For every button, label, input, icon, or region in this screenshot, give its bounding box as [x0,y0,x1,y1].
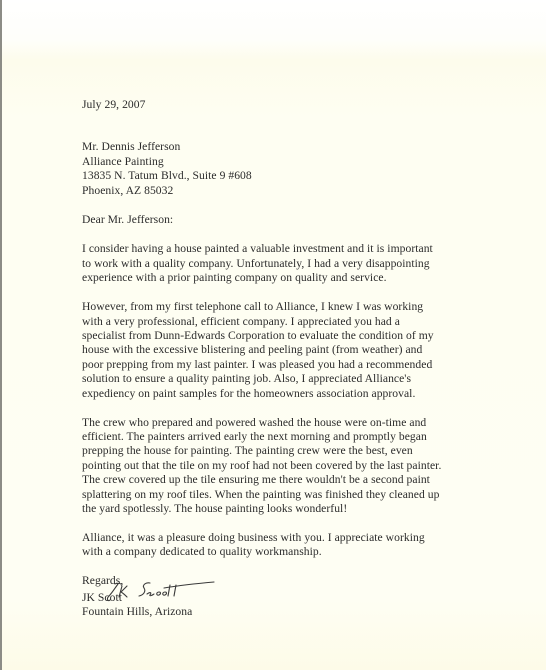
letter-date: July 29, 2007 [82,98,522,112]
paragraph-line: The crew covered up the tile ensuring me… [82,473,522,487]
scan-edge [0,0,2,670]
paragraph-line: experience with a prior painting company… [82,271,522,285]
signature-icon [106,580,216,604]
paragraph-line: prepping the house for painting. The pai… [82,444,522,458]
paragraph-line: to work with a quality company. Unfortun… [82,257,522,271]
signer-location: Fountain Hills, Arizona [82,605,522,619]
letter-body: July 29, 2007 Mr. Dennis Jefferson Allia… [82,98,522,619]
salutation: Dear Mr. Jefferson: [82,213,522,227]
scanned-letter-page: July 29, 2007 Mr. Dennis Jefferson Allia… [0,0,546,670]
paragraph-1: I consider having a house painted a valu… [82,242,522,285]
recipient-name: Mr. Dennis Jefferson [82,140,522,154]
paragraph-4: Alliance, it was a pleasure doing busine… [82,531,522,560]
paragraph-line: pointing out that the tile on my roof ha… [82,459,522,473]
closing-block: Regards, [82,574,522,619]
paragraph-line: poor prepping from my last painter. I wa… [82,358,522,372]
paragraph-line: splattering on my roof tiles. When the p… [82,488,522,502]
paragraph-line: efficient. The painters arrived early th… [82,430,522,444]
paragraph-line: solution to ensure a quality painting jo… [82,372,522,386]
paragraph-line: with a company dedicated to quality work… [82,545,522,559]
paragraph-line: expediency on paint samples for the home… [82,387,522,401]
paragraph-2: However, from my first telephone call to… [82,300,522,401]
recipient-company: Alliance Painting [82,155,522,169]
paragraph-line: house with the excessive blistering and … [82,343,522,357]
paragraph-line: the yard spotlessly. The house painting … [82,502,522,516]
recipient-street: 13835 N. Tatum Blvd., Suite 9 #608 [82,169,522,183]
paragraph-line: I consider having a house painted a valu… [82,242,522,256]
paragraph-line: The crew who prepared and powered washed… [82,416,522,430]
paragraph-line: specialist from Dunn-Edwards Corporation… [82,329,522,343]
paragraph-line: However, from my first telephone call to… [82,300,522,314]
paragraph-line: with a very professional, efficient comp… [82,315,522,329]
recipient-address: Mr. Dennis Jefferson Alliance Painting 1… [82,140,522,198]
recipient-city: Phoenix, AZ 85032 [82,184,522,198]
paragraph-3: The crew who prepared and powered washed… [82,416,522,517]
paragraph-line: Alliance, it was a pleasure doing busine… [82,531,522,545]
